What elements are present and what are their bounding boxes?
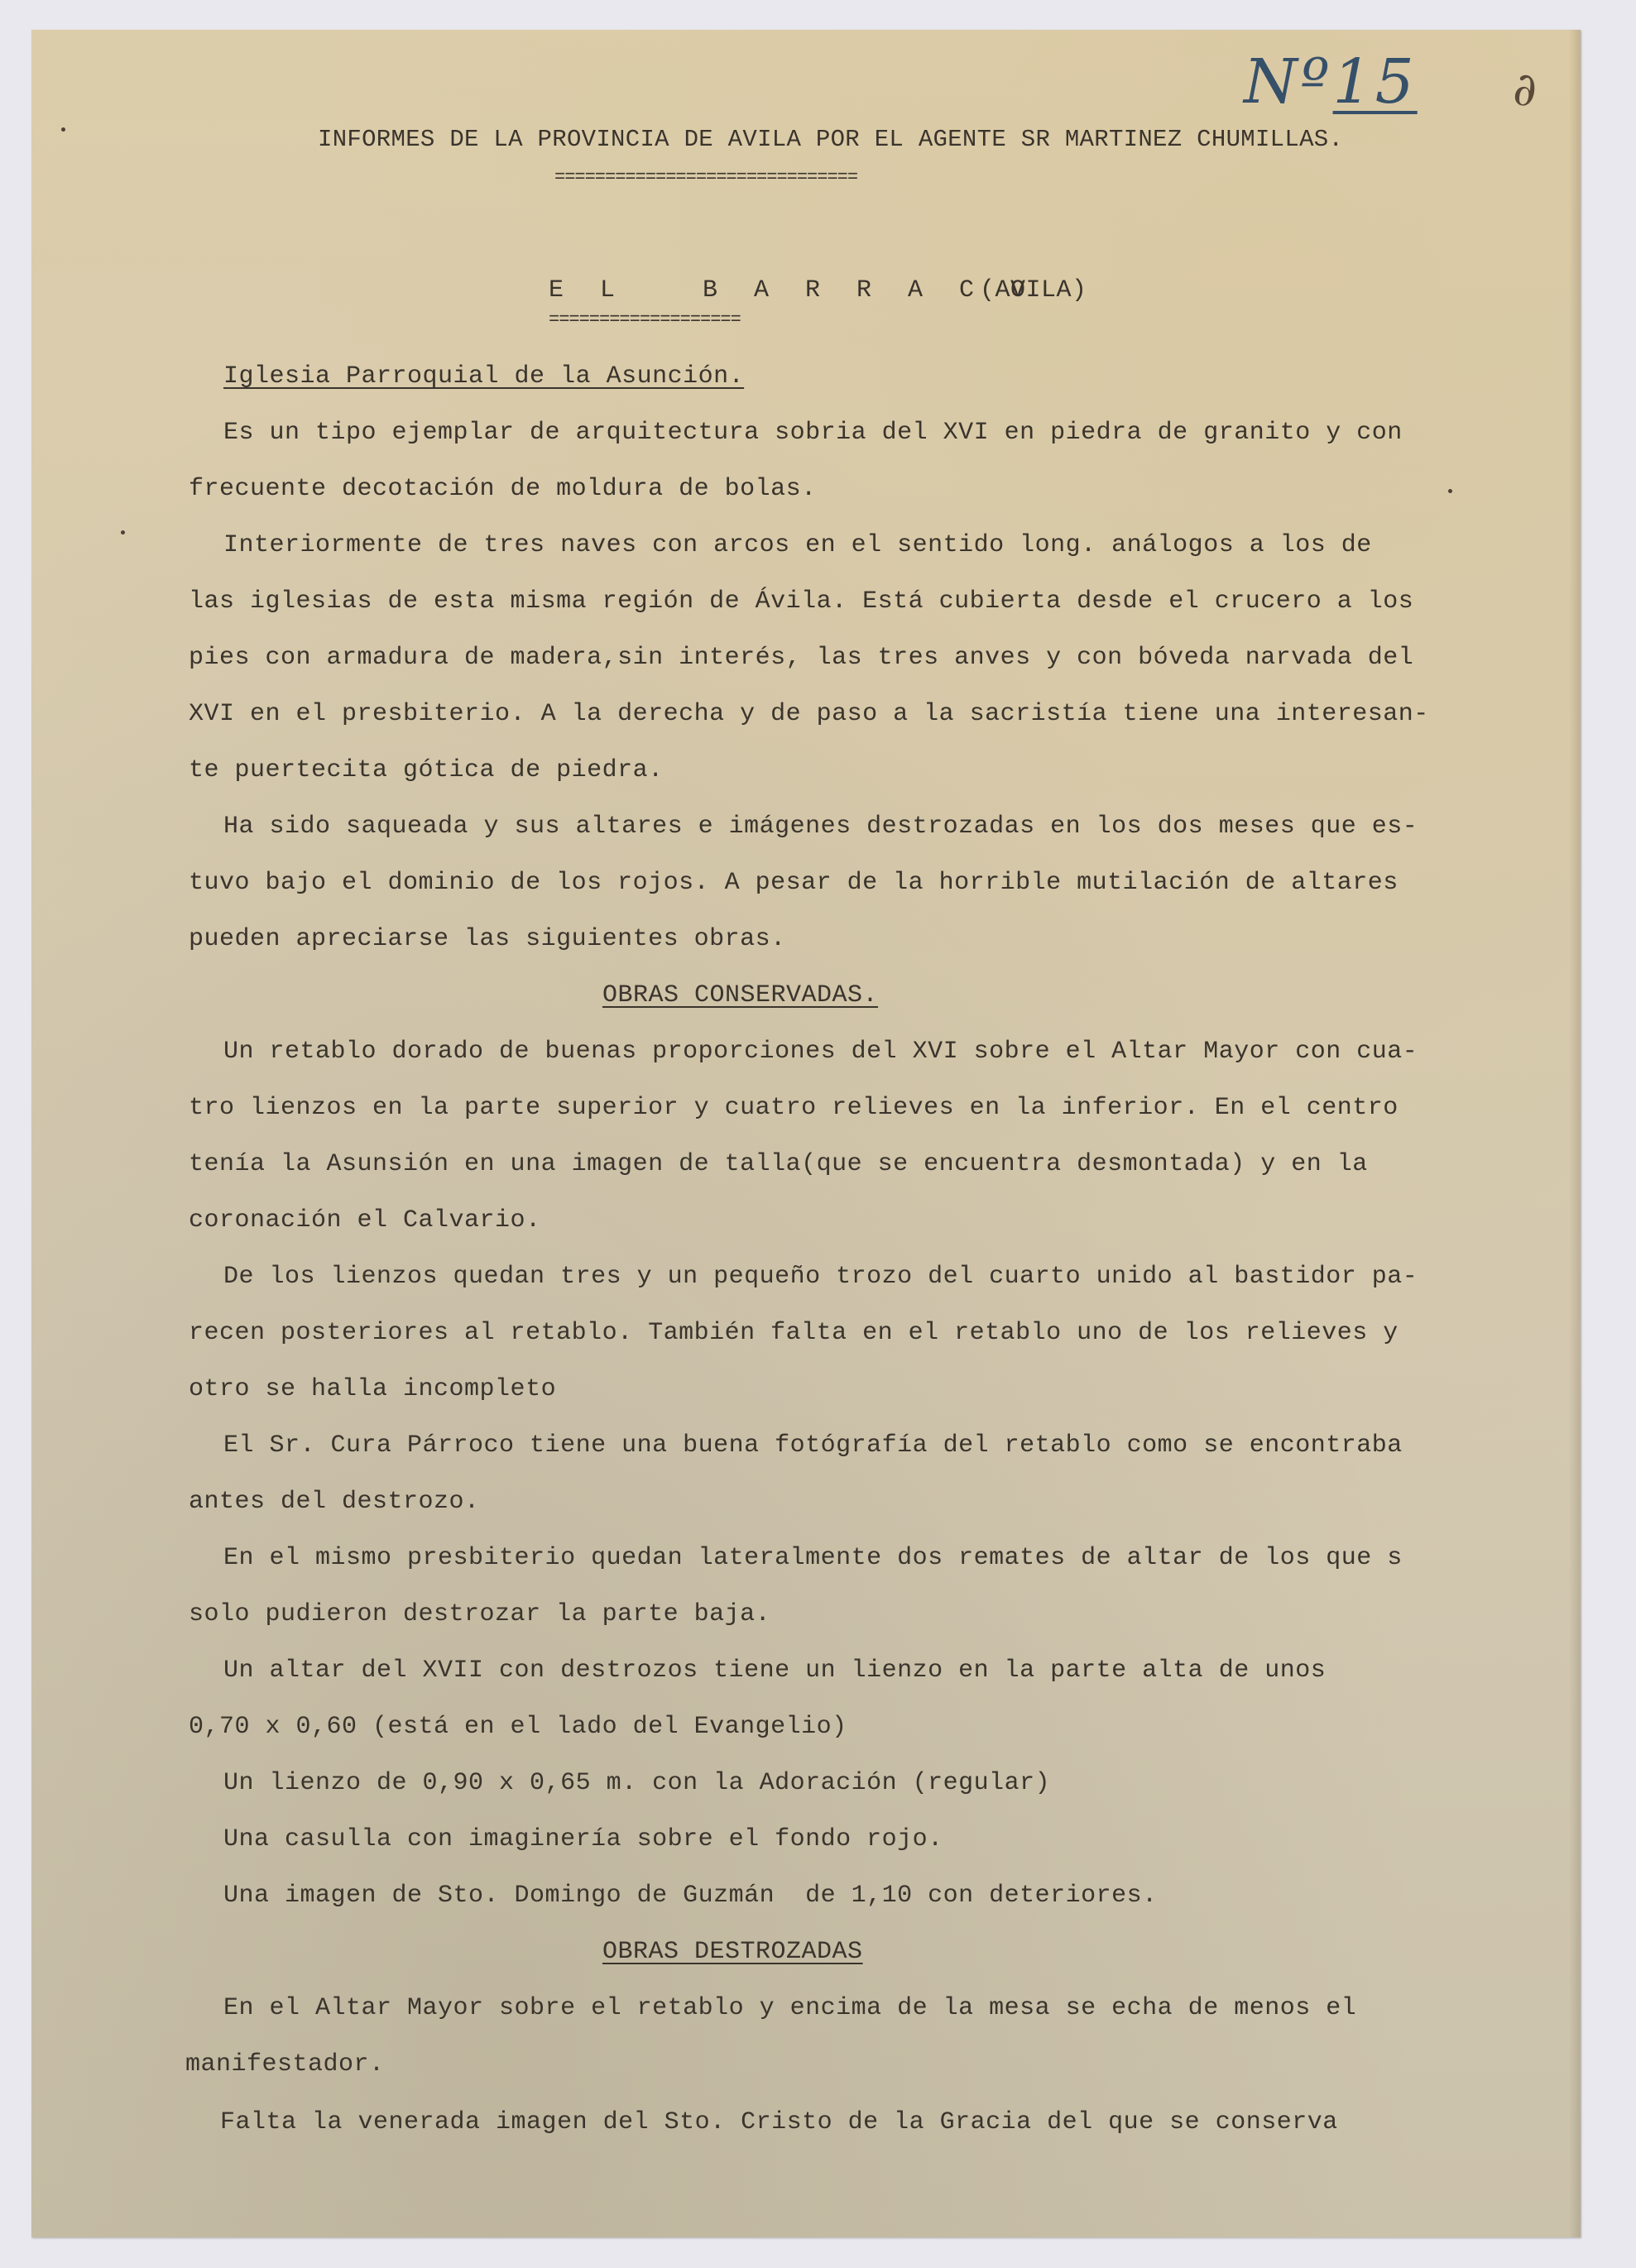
body-line: otro se halla incompleto bbox=[189, 1375, 556, 1403]
body-line: antes del destrozo. bbox=[189, 1488, 480, 1516]
body-line: tro lienzos en la parte superior y cuatr… bbox=[189, 1094, 1399, 1122]
body-line: solo pudieron destrozar la parte baja. bbox=[189, 1600, 770, 1628]
body-line: frecuente decotación de moldura de bolas… bbox=[189, 475, 817, 503]
town-rule: =================== bbox=[549, 309, 741, 330]
body-line: Interiormente de tres naves con arcos en… bbox=[223, 531, 1372, 559]
body-line: Una imagen de Sto. Domingo de Guzmán de … bbox=[223, 1882, 1158, 1910]
body-line: las iglesias de esta misma región de Ávi… bbox=[189, 587, 1413, 616]
number-value: 15 bbox=[1333, 46, 1418, 117]
body-line: coronación el Calvario. bbox=[189, 1206, 541, 1235]
document-header: INFORMES DE LA PROVINCIA DE AVILA POR EL… bbox=[318, 126, 1343, 153]
town-name: E L B A R R A C O bbox=[549, 276, 1036, 304]
body-line: XVI en el presbiterio. A la derecha y de… bbox=[189, 700, 1429, 728]
body-line: manifestador. bbox=[185, 2050, 385, 2079]
body-line: tenía la Asunsión en una imagen de talla… bbox=[189, 1150, 1368, 1178]
town-province: (AVILA) bbox=[980, 276, 1087, 304]
body-line: pies con armadura de madera,sin interés,… bbox=[189, 644, 1413, 672]
heading-obras-conservadas: OBRAS CONSERVADAS. bbox=[602, 981, 878, 1009]
margin-speck bbox=[121, 530, 125, 535]
body-line: te puertecita gótica de piedra. bbox=[189, 756, 664, 784]
body-line: Un retablo dorado de buenas proporciones… bbox=[223, 1038, 1418, 1066]
body-line: Un altar del XVII con destrozos tiene un… bbox=[223, 1657, 1326, 1685]
handwritten-mark: ∂ bbox=[1513, 63, 1537, 117]
header-rule: ============================== bbox=[554, 167, 857, 188]
body-line: En el mismo presbiterio quedan lateralme… bbox=[223, 1544, 1403, 1572]
body-line: 0,70 x 0,60 (está en el lado del Evangel… bbox=[189, 1713, 847, 1741]
body-line: pueden apreciarse las siguientes obras. bbox=[189, 925, 786, 953]
ink-speck bbox=[1448, 489, 1452, 493]
number-prefix: Nº bbox=[1244, 46, 1333, 117]
section-title: Iglesia Parroquial de la Asunción. bbox=[223, 362, 744, 391]
handwritten-document-number: Nº15 bbox=[1244, 46, 1418, 117]
body-line: Es un tipo ejemplar de arquitectura sobr… bbox=[223, 419, 1403, 447]
body-line: Una casulla con imaginería sobre el fond… bbox=[223, 1825, 943, 1853]
body-line: En el Altar Mayor sobre el retablo y enc… bbox=[223, 1994, 1356, 2022]
margin-speck bbox=[61, 127, 65, 132]
body-line: recen posteriores al retablo. También fa… bbox=[189, 1319, 1399, 1347]
body-line: De los lienzos quedan tres y un pequeño … bbox=[223, 1263, 1418, 1291]
body-line: Falta la venerada imagen del Sto. Cristo… bbox=[220, 2108, 1338, 2136]
body-line: tuvo bajo el dominio de los rojos. A pes… bbox=[189, 869, 1399, 897]
body-line: Ha sido saqueada y sus altares e imágene… bbox=[223, 813, 1418, 841]
body-line: El Sr. Cura Párroco tiene una buena fotó… bbox=[223, 1431, 1403, 1460]
body-line: Un lienzo de 0,90 x 0,65 m. con la Adora… bbox=[223, 1769, 1050, 1797]
heading-obras-destrozadas: OBRAS DESTROZADAS bbox=[602, 1938, 863, 1966]
document-page: Nº15 ∂ INFORMES DE LA PROVINCIA DE AVILA… bbox=[31, 30, 1581, 2237]
